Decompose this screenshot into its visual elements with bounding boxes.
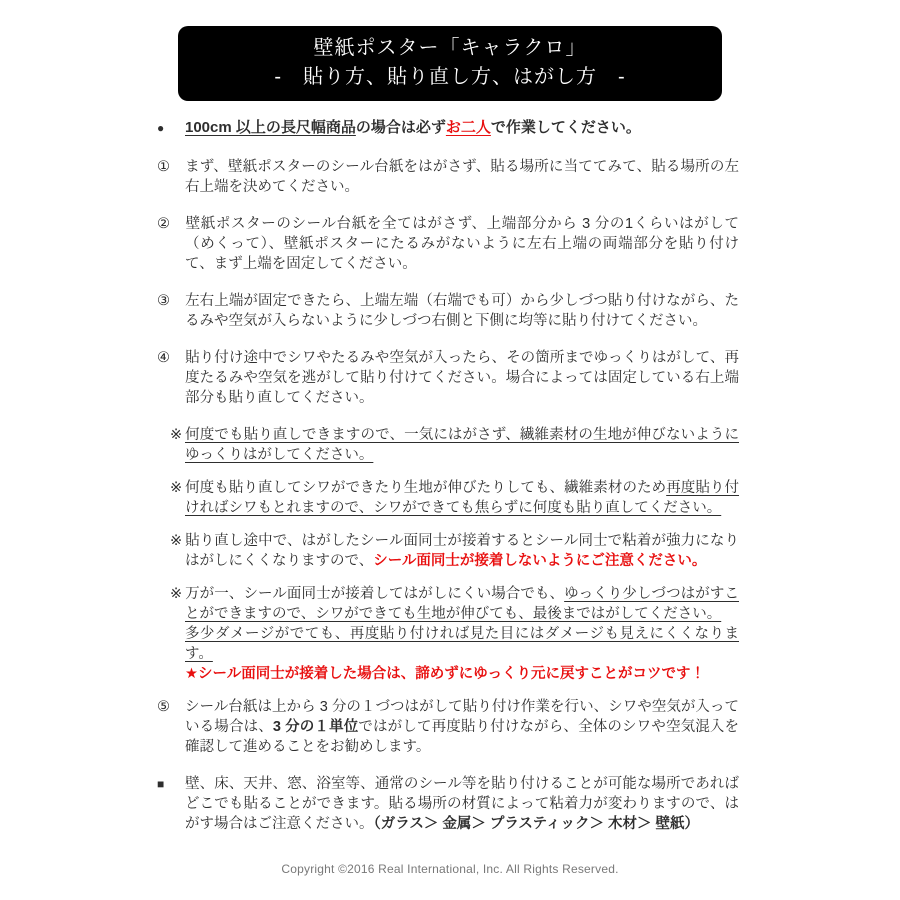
text-segment: 万が一、シール面同士が接着してはがしにくい場合でも、 [185, 586, 564, 602]
item-marker: ④ [157, 348, 185, 368]
page-title-line1: 壁紙ポスター「キャラクロ」 [178, 34, 722, 63]
text-segment: の場合は必ず [356, 119, 446, 136]
item-marker: ● [157, 118, 185, 138]
instruction-item: ※貼り直し途中で、はがしたシール面同士が接着するとシール同士で粘着が強力になりは… [157, 531, 739, 571]
text-segment: （ガラス＞ 金属＞ プラスティック＞ 木材＞ 壁紙） [374, 816, 700, 832]
instruction-item: ※何度も貼り直してシワができたり生地が伸びたりしても、繊維素材のため再度貼り付け… [157, 478, 739, 518]
instruction-item: ②壁紙ポスターのシール台紙を全てはがさず、上端部分から 3 分の1くらいはがして… [157, 214, 739, 274]
title-banner: 壁紙ポスター「キャラクロ」 - 貼り方、貼り直し方、はがし方 - [178, 26, 722, 101]
copyright-notice: Copyright ©2016 Real International, Inc.… [0, 862, 900, 876]
instruction-item: ※万が一、シール面同士が接着してはがしにくい場合でも、ゆっくり少しづつはがすこと… [157, 584, 739, 684]
text-segment: 多少ダメージがでても、再度貼り付ければ見た目にはダメージも見えにくくなります。 [185, 626, 739, 662]
text-segment: 貼り付け途中でシワやたるみや空気が入ったら、その箇所までゆっくりはがして、再度た… [185, 350, 739, 406]
item-marker: ※ [170, 531, 185, 551]
instruction-list: ●100cm 以上の長尺幅商品の場合は必ずお二人で作業してください。①まず、壁紙… [157, 118, 739, 851]
text-segment: まず、壁紙ポスターのシール台紙をはがさず、貼る場所に当ててみて、貼る場所の左右上… [185, 159, 739, 195]
item-marker: ■ [157, 774, 185, 794]
item-marker: ⑤ [157, 697, 185, 717]
item-marker: ① [157, 157, 185, 177]
page-title-line2: - 貼り方、貼り直し方、はがし方 - [178, 63, 722, 92]
item-marker: ※ [170, 478, 185, 498]
text-segment: 何度も貼り直してシワができたり生地が伸びたりしても、繊維素材のため [185, 480, 666, 496]
instruction-item: ④貼り付け途中でシワやたるみや空気が入ったら、その箇所までゆっくりはがして、再度… [157, 348, 739, 408]
instruction-item: ●100cm 以上の長尺幅商品の場合は必ずお二人で作業してください。 [157, 118, 739, 138]
text-segment: 3 分の１単位 [273, 719, 358, 735]
instruction-item: ①まず、壁紙ポスターのシール台紙をはがさず、貼る場所に当ててみて、貼る場所の左右… [157, 157, 739, 197]
instruction-item: ■壁、床、天井、窓、浴室等、通常のシール等を貼り付けることが可能な場所であればど… [157, 774, 739, 834]
text-segment: 左右上端が固定できたら、上端左端（右端でも可）から少しづつ貼り付けながら、たるみ… [185, 293, 739, 329]
instruction-item: ③左右上端が固定できたら、上端左端（右端でも可）から少しづつ貼り付けながら、たる… [157, 291, 739, 331]
item-marker: ※ [170, 584, 185, 604]
text-segment: 壁紙ポスターのシール台紙を全てはがさず、上端部分から 3 分の1くらいはがして（… [185, 216, 739, 272]
text-segment: ★シール面同士が接着した場合は、諦めずにゆっくり元に戻すことがコツです！ [185, 666, 705, 682]
item-marker: ③ [157, 291, 185, 311]
text-segment: で作業してください。 [491, 119, 641, 136]
instruction-item: ⑤シール台紙は上から 3 分の１づつはがして貼り付け作業を行い、シワや空気が入っ… [157, 697, 739, 757]
instruction-item: ※何度でも貼り直しできますので、一気にはがさず、繊維素材の生地が伸びないようにゆ… [157, 425, 739, 465]
text-segment: 100cm 以上の長尺幅商品 [185, 119, 356, 136]
text-segment: お二人 [446, 119, 491, 136]
text-segment: シール面同士が接着しないようにご注意ください。 [373, 553, 706, 569]
item-marker: ② [157, 214, 185, 234]
item-marker: ※ [170, 425, 185, 445]
text-segment: 何度でも貼り直しできますので、一気にはがさず、繊維素材の生地が伸びないようにゆっ… [185, 427, 739, 463]
instruction-sheet: 壁紙ポスター「キャラクロ」 - 貼り方、貼り直し方、はがし方 - ●100cm … [0, 0, 900, 900]
